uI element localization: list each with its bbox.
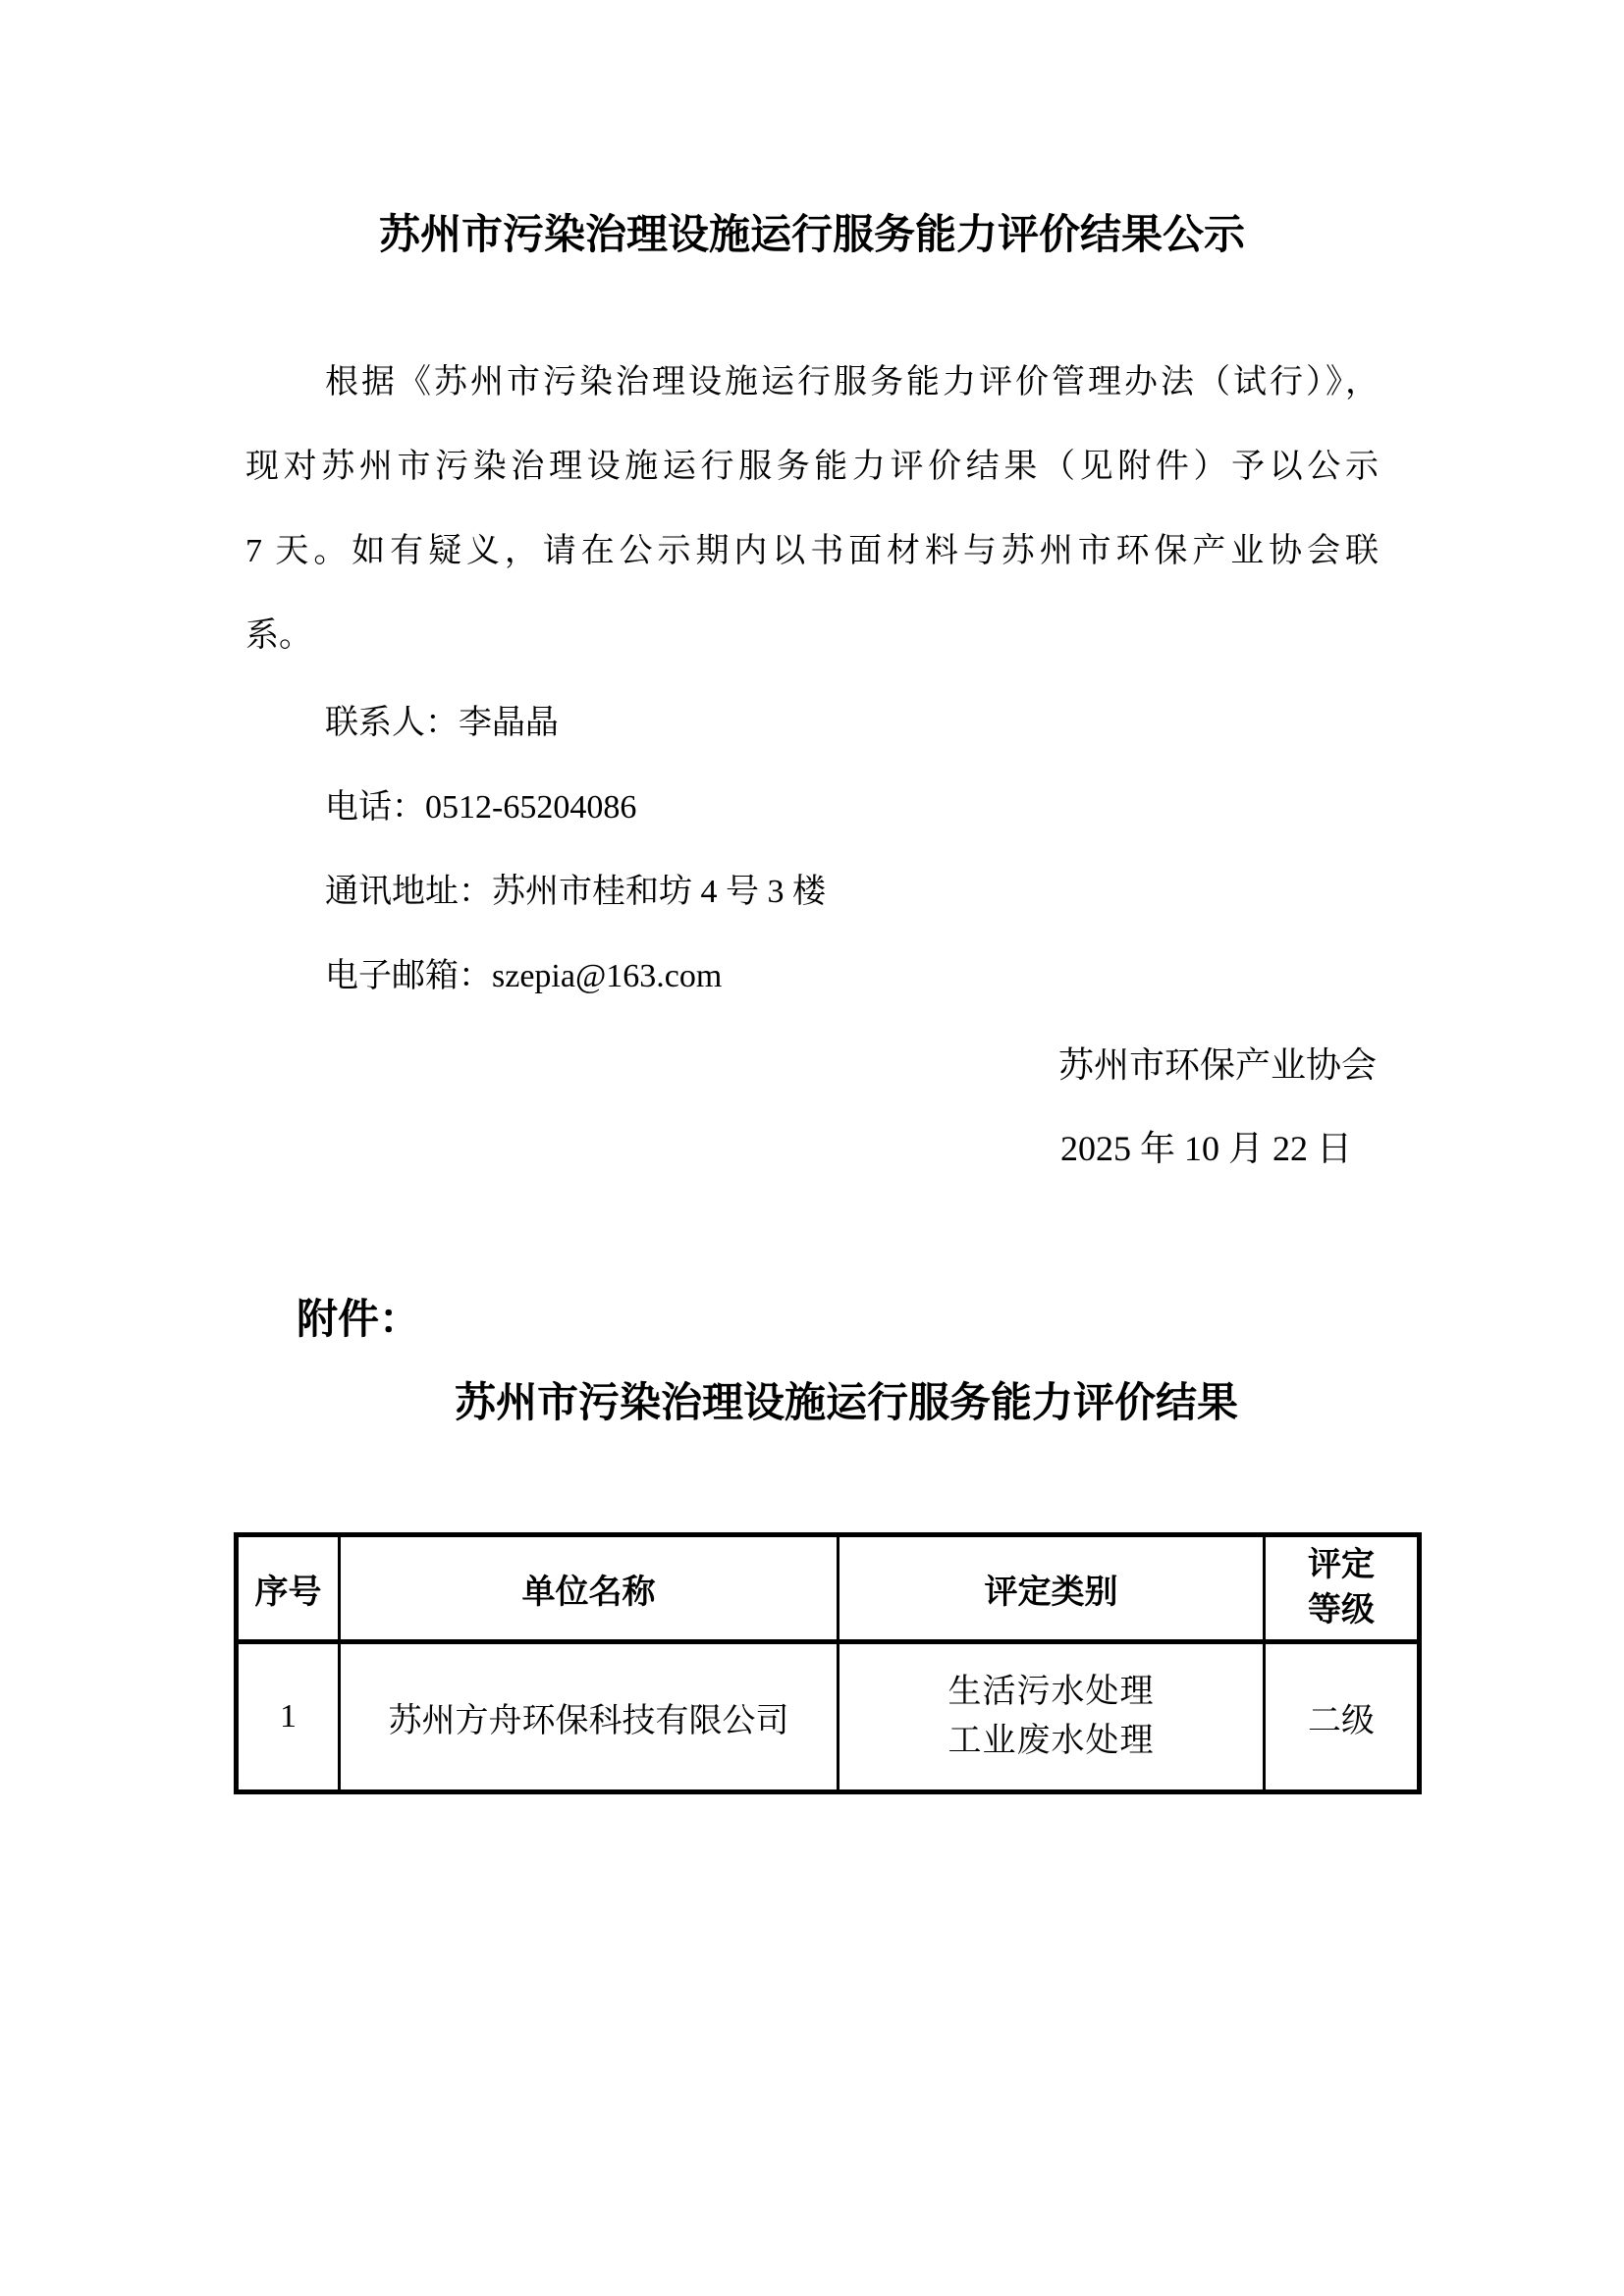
body-line-4: 系。 xyxy=(245,594,1379,678)
body-line-2: 现对苏州市污染治理设施运行服务能力评价结果（见附件）予以公示 xyxy=(245,425,1379,509)
cell-evaluation-grade: 二级 xyxy=(1265,1642,1420,1792)
cell-company-name: 苏州方舟环保科技有限公司 xyxy=(340,1642,839,1792)
signature-organization: 苏州市环保产业协会 xyxy=(0,1023,1377,1107)
document-title: 苏州市污染治理设施运行服务能力评价结果公示 xyxy=(0,210,1624,261)
table-row: 1 苏州方舟环保科技有限公司 生活污水处理 工业废水处理 二级 xyxy=(237,1642,1420,1792)
attachment-label: 附件： xyxy=(297,1295,420,1346)
header-company-name: 单位名称 xyxy=(340,1535,839,1642)
category-line-2: 工业废水处理 xyxy=(839,1717,1263,1766)
evaluation-result-table: 序号 单位名称 评定类别 评定等级 1 苏州方舟环保科技有限公司 生活污水处理 … xyxy=(234,1532,1422,1794)
contact-phone: 电话：0512-65204086 xyxy=(245,766,1379,850)
cell-evaluation-category: 生活污水处理 工业废水处理 xyxy=(839,1642,1265,1792)
contact-email: 电子邮箱：szepia@163.com xyxy=(245,934,1379,1019)
table-header-row: 序号 单位名称 评定类别 评定等级 xyxy=(237,1535,1420,1642)
category-line-1: 生活污水处理 xyxy=(839,1668,1263,1717)
header-evaluation-grade: 评定等级 xyxy=(1265,1535,1420,1642)
cell-serial-number: 1 xyxy=(237,1642,340,1792)
header-evaluation-category: 评定类别 xyxy=(839,1535,1265,1642)
body-line-3: 7 天。如有疑义，请在公示期内以书面材料与苏州市环保产业协会联 xyxy=(245,509,1379,594)
contact-block: 联系人：李晶晶 电话：0512-65204086 通讯地址：苏州市桂和坊 4 号… xyxy=(245,681,1379,1019)
attachment-title: 苏州市污染治理设施运行服务能力评价结果 xyxy=(0,1378,1624,1429)
signature-date: 2025 年 10 月 22 日 xyxy=(0,1106,1352,1191)
document-page: 苏州市污染治理设施运行服务能力评价结果公示 根据《苏州市污染治理设施运行服务能力… xyxy=(0,0,1624,2296)
body-paragraph: 根据《苏州市污染治理设施运行服务能力评价管理办法（试行）》， 现对苏州市污染治理… xyxy=(245,341,1379,678)
contact-person: 联系人：李晶晶 xyxy=(245,681,1379,766)
contact-address: 通讯地址：苏州市桂和坊 4 号 3 楼 xyxy=(245,850,1379,934)
header-serial-number: 序号 xyxy=(237,1535,340,1642)
body-line-1: 根据《苏州市污染治理设施运行服务能力评价管理办法（试行）》， xyxy=(245,341,1379,425)
